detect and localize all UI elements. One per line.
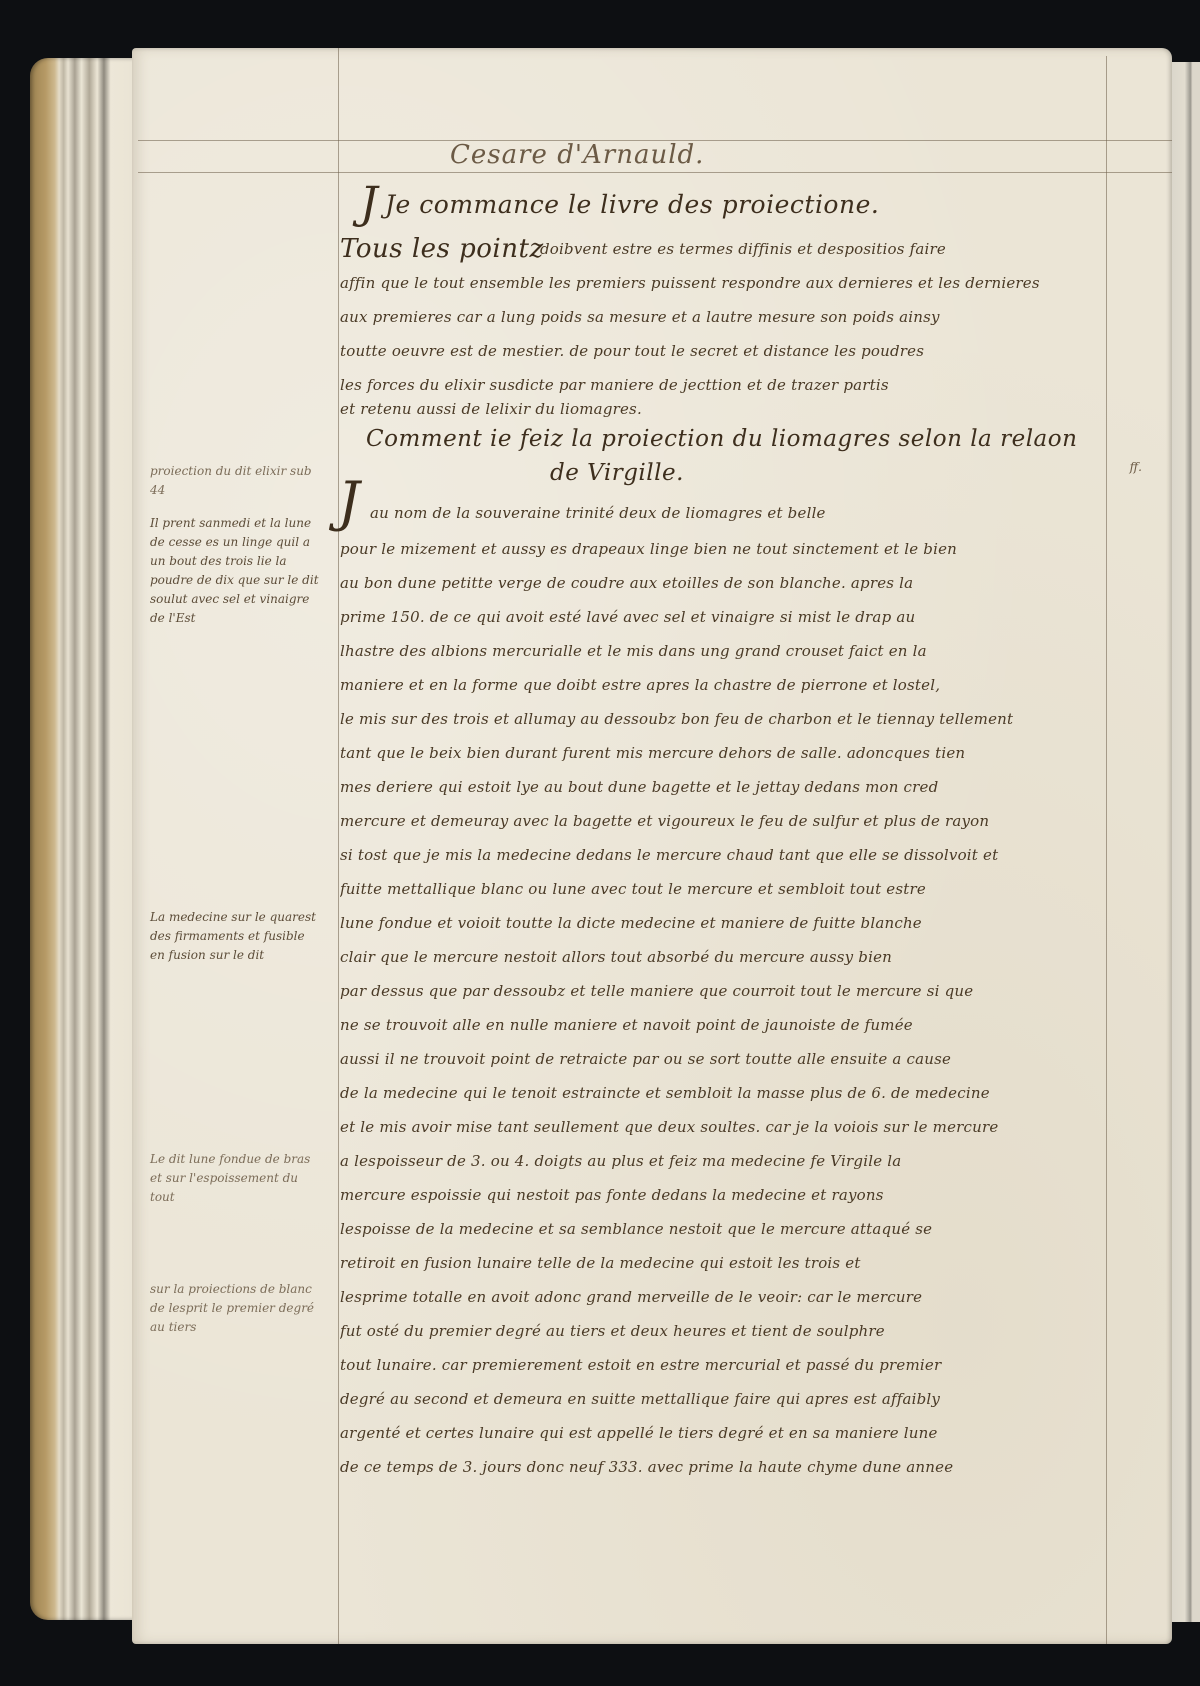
margin-note: Le dit lune fondue de bras et sur l'espo… [150, 1150, 320, 1207]
body-line: lune fondue et voioit toutte la dicte me… [340, 914, 1090, 932]
body-line: affin que le tout ensemble les premiers … [340, 274, 1090, 292]
body-line: le mis sur des trois et allumay au desso… [340, 710, 1090, 728]
margin-note: proiection du dit elixir sub 44 [150, 462, 320, 500]
body-line: aussi il ne trouvoit point de retraicte … [340, 1050, 1090, 1068]
book-title: Je commance le livre des proiectione. [385, 190, 879, 219]
body-line: et le mis avoir mise tant seullement que… [340, 1118, 1090, 1136]
decorated-initial-j: J [360, 178, 378, 229]
body-line: degré au second et demeura en suitte met… [340, 1390, 1090, 1408]
body-line: les forces du elixir susdicte par manier… [340, 376, 1090, 394]
body-line: maniere et en la forme que doibt estre a… [340, 676, 1090, 694]
margin-note: Il prent sanmedi et la lune de cesse es … [150, 514, 320, 628]
body-line: lesprime totalle en avoit adonc grand me… [340, 1288, 1090, 1306]
margin-rule-left [338, 48, 339, 1644]
body-line: au nom de la souveraine trinité deux de … [370, 504, 1090, 522]
margin-rule-right [1106, 56, 1107, 1644]
body-line: a lespoisseur de 3. ou 4. doigts au plus… [340, 1152, 1090, 1170]
body-line: mes deriere qui estoit lye au bout dune … [340, 778, 1090, 796]
body-line: lhastre des albions mercurialle et le mi… [340, 642, 1090, 660]
body-line: ne se trouvoit alle en nulle maniere et … [340, 1016, 1090, 1034]
page-header-name: Cesare d'Arnauld. [450, 140, 704, 170]
body-line: de ce temps de 3. jours donc neuf 333. a… [340, 1458, 1090, 1476]
body-line: aux premieres car a lung poids sa mesure… [340, 308, 1090, 326]
body-line: fuitte mettallique blanc ou lune avec to… [340, 880, 1090, 898]
intro-lead: Tous les pointz [340, 234, 544, 264]
section-title: Comment ie feiz la proiection du liomagr… [366, 426, 1077, 452]
body-line: si tost que je mis la medecine dedans le… [340, 846, 1090, 864]
body-line: tant que le beix bien durant furent mis … [340, 744, 1090, 762]
body-line: mercure espoissie qui nestoit pas fonte … [340, 1186, 1090, 1204]
body-line: de la medecine qui le tenoit estraincte … [340, 1084, 1090, 1102]
body-line: retiroit en fusion lunaire telle de la m… [340, 1254, 1090, 1272]
image-viewer: Cesare d'Arnauld. J Je commance le livre… [0, 0, 1200, 1686]
body-line: lespoisse de la medecine et sa semblance… [340, 1220, 1090, 1238]
body-line: pour le mizement et aussy es drapeaux li… [340, 540, 1090, 558]
margin-note: La medecine sur le quarest des firmament… [150, 908, 320, 965]
body-line: au bon dune petitte verge de coudre aux … [340, 574, 1090, 592]
body-line: tout lunaire. car premierement estoit en… [340, 1356, 1090, 1374]
body-line: argenté et certes lunaire qui est appell… [340, 1424, 1090, 1442]
body-line: doibvent estre es termes diffinis et des… [540, 240, 1100, 258]
header-rule-bottom [138, 172, 1172, 173]
right-margin-mark: ff. [1130, 460, 1142, 474]
section-title-cont: de Virgille. [550, 460, 684, 486]
body-line: fut osté du premier degré au tiers et de… [340, 1322, 1090, 1340]
margin-note: sur la proiections de blanc de lesprit l… [150, 1280, 320, 1337]
body-line: clair que le mercure nestoit allors tout… [340, 948, 1090, 966]
book-page-edges [30, 58, 142, 1620]
body-line: par dessus que par dessoubz et telle man… [340, 982, 1090, 1000]
body-line: prime 150. de ce qui avoit esté lavé ave… [340, 608, 1090, 626]
body-line: et retenu aussi de lelixir du liomagres. [340, 400, 1090, 418]
body-line: toutte oeuvre est de mestier. de pour to… [340, 342, 1090, 360]
body-line: mercure et demeuray avec la bagette et v… [340, 812, 1090, 830]
decorated-initial-j-2: J [338, 470, 360, 533]
